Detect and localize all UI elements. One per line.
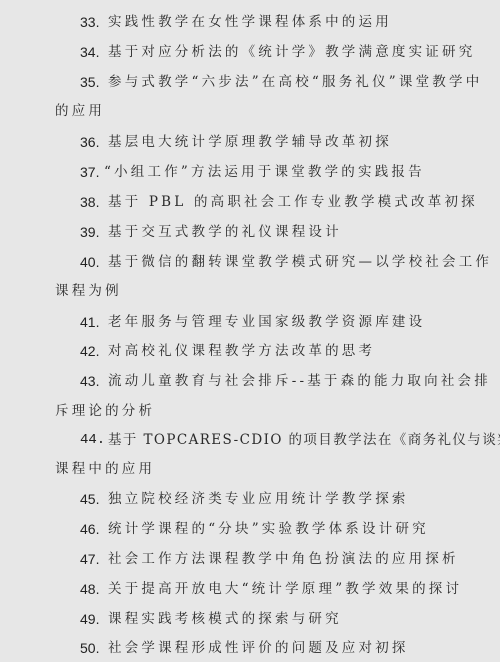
item-title: 参与式教学“六步法”在高校“服务礼仪”课堂教学中 — [108, 71, 482, 93]
item-number: 40. — [80, 251, 99, 273]
item-number: 43. — [80, 370, 99, 392]
item-number: 42. — [80, 340, 99, 362]
item-title: 基于微信的翻转课堂教学模式研究—以学校社会工作 — [108, 251, 492, 273]
item-number: 49. — [80, 608, 99, 630]
item-title: 基于对应分析法的《统计学》教学满意度实证研究 — [108, 41, 475, 63]
item-title: 基于交互式教学的礼仪课程设计 — [108, 221, 342, 243]
item-title: 关于提高开放电大“统计学原理”教学效果的探讨 — [108, 578, 462, 600]
item-title: 统计学课程的“分块”实验教学体系设计研究 — [108, 518, 429, 540]
item-number: 41. — [80, 311, 99, 333]
item-number: 34. — [80, 41, 99, 63]
item-title-continuation: 课程为例 — [55, 280, 122, 302]
item-title: “小组工作”方法运用于课堂教学的实践报告 — [104, 161, 425, 183]
item-number: 37. — [80, 161, 99, 183]
item-number: 36. — [80, 131, 99, 153]
item-title-continuation: 斥理论的分析 — [55, 400, 155, 422]
item-number: 39. — [80, 221, 99, 243]
item-title: 流动儿童教育与社会排斥--基于森的能力取向社会排 — [108, 370, 491, 392]
item-title: 社会学课程形成性评价的问题及应对初探 — [108, 637, 409, 659]
item-title: 课程实践考核模式的探索与研究 — [108, 608, 342, 630]
item-number: 38. — [80, 191, 99, 213]
item-title: 独立院校经济类专业应用统计学教学探索 — [108, 488, 409, 510]
item-title: 基于 TOPCARES-CDIO 的项目教学法在《商务礼仪与谈判》 — [108, 429, 500, 451]
item-number: 35. — [80, 71, 99, 93]
item-number: 48. — [80, 578, 99, 600]
item-title: 老年服务与管理专业国家级教学资源库建设 — [108, 311, 425, 333]
item-title: 基层电大统计学原理教学辅导改革初探 — [108, 131, 392, 153]
item-title: 基于 PBL 的高职社会工作专业教学模式改革初探 — [108, 191, 478, 213]
item-number: 44. — [80, 429, 105, 451]
item-title: 对高校礼仪课程教学方法改革的思考 — [108, 340, 375, 362]
item-title-continuation: 课程中的应用 — [55, 458, 155, 480]
item-number: 45. — [80, 488, 99, 510]
item-number: 47. — [80, 548, 99, 570]
item-number: 33. — [80, 11, 99, 33]
item-number: 46. — [80, 518, 99, 540]
item-number: 50. — [80, 637, 99, 659]
document-page: 33. 实践性教学在女性学课程体系中的运用 34. 基于对应分析法的《统计学》教… — [0, 0, 500, 662]
item-title-continuation: 的应用 — [55, 100, 105, 122]
item-title: 社会工作方法课程教学中角色扮演法的应用探析 — [108, 548, 459, 570]
item-title: 实践性教学在女性学课程体系中的运用 — [108, 11, 392, 33]
